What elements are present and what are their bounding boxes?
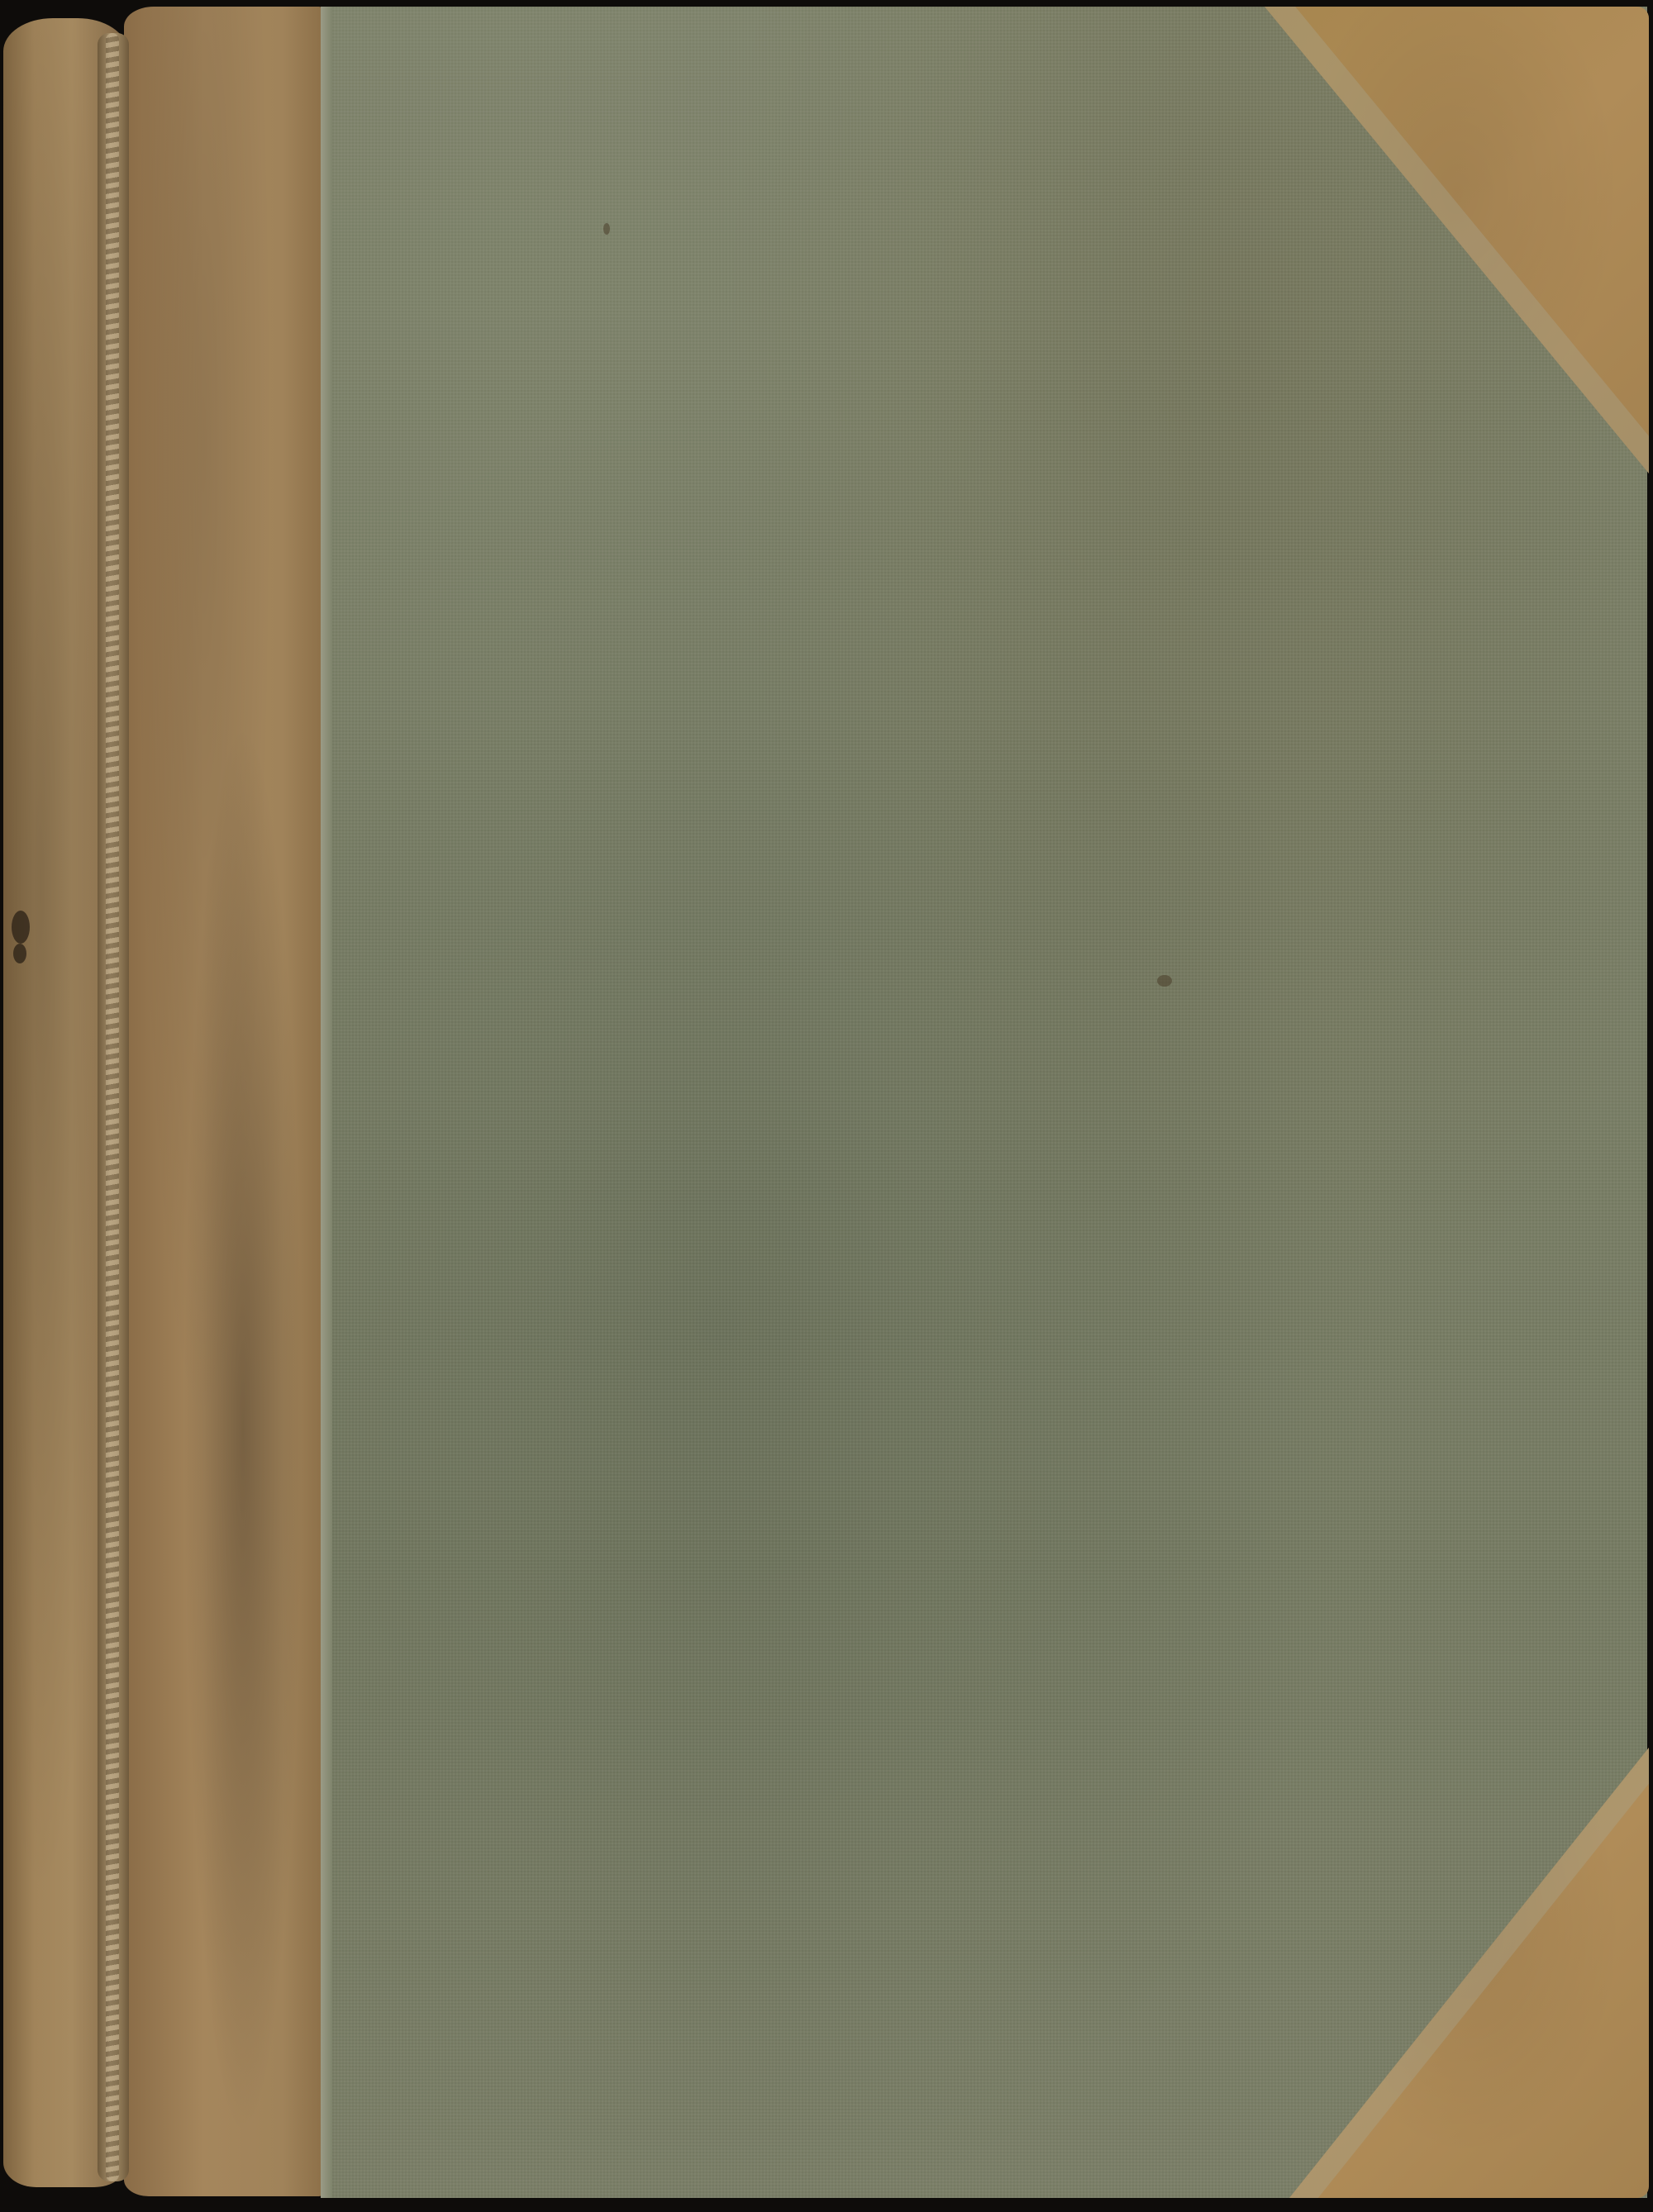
- stain-spot: [603, 223, 610, 235]
- hinge-cord: [106, 33, 119, 2181]
- ink-stain: [12, 911, 30, 944]
- cloth-board: [321, 7, 1647, 2198]
- stain-spot: [1157, 975, 1172, 987]
- cloth-board-edge: [321, 7, 332, 2198]
- hinge-groove: [98, 33, 129, 2181]
- book-cover: [0, 0, 1653, 2212]
- leather-front-strip: [124, 7, 322, 2196]
- ink-stain: [13, 944, 26, 963]
